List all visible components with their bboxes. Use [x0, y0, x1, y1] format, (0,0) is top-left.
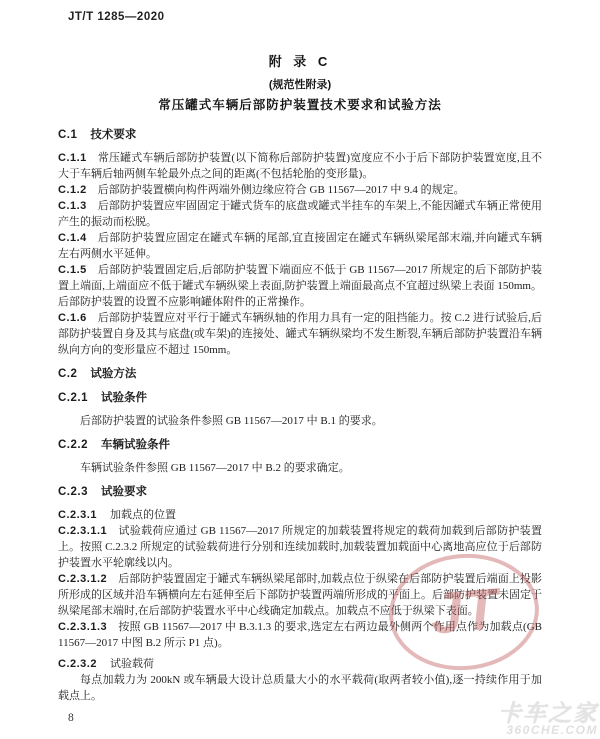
clause-number: C.1.2 — [58, 184, 98, 196]
paragraph: C.2.3.1.1试验载荷应通过 GB 11567—2017 所规定的加载装置将… — [58, 523, 542, 571]
paragraph: C.1.2后部防护装置横向构件两端外侧边缘应符合 GB 11567—2017 中… — [58, 182, 542, 198]
appendix-heading: 附 录 C — [0, 54, 600, 70]
clause-text: 试验条件 — [101, 392, 147, 404]
paragraph: C.2.3.1.2后部防护装置固定于罐式车辆纵梁尾部时,加载点位于纵梁在后部防护… — [58, 571, 542, 619]
clause-number: C.2.3.1.3 — [58, 621, 118, 633]
section-heading: C.2试验方法 — [58, 366, 542, 382]
clause-number: C.2.2 — [58, 439, 101, 451]
appendix-subtitle: (规范性附录) — [0, 77, 600, 93]
clause-text: 加载点的位置 — [110, 509, 176, 521]
paragraph: C.1.4后部防护装置应固定在罐式车辆的尾部,宜直接固定在罐式车辆纵梁尾部末端,… — [58, 230, 542, 262]
clause-text: 试验载荷应通过 GB 11567—2017 所规定的加载装置将规定的载荷加载到后… — [58, 525, 542, 569]
paragraph: C.1.1常压罐式车辆后部防护装置(以下简称后部防护装置)宽度应不小于后下部防护… — [58, 150, 542, 182]
page-number: 8 — [68, 710, 74, 726]
clause-number: C.1.1 — [58, 152, 98, 164]
clause-text: 车辆试验条件 — [101, 439, 170, 451]
document-page: JT/T 1285—2020 附 录 C (规范性附录) 常压罐式车辆后部防护装… — [0, 0, 600, 739]
clause-number: C.1 — [58, 129, 90, 141]
clause-number: C.2.3 — [58, 486, 101, 498]
paragraph: C.1.5后部防护装置固定后,后部防护装置下端面应不低于 GB 11567—20… — [58, 262, 542, 310]
appendix-main-title: 常压罐式车辆后部防护装置技术要求和试验方法 — [0, 97, 600, 113]
clause-number: C.1.3 — [58, 200, 98, 212]
clause-text: 后部防护装置的试验条件参照 GB 11567—2017 中 B.1 的要求。 — [80, 415, 383, 427]
site-watermark-url: 360CHE.COM — [498, 724, 598, 736]
clause-text: 按照 GB 11567—2017 中 B.3.1.3 的要求,选定左右两边最外侧… — [58, 621, 542, 649]
standard-number-header: JT/T 1285—2020 — [68, 9, 165, 25]
section-heading: C.2.1试验条件 — [58, 390, 542, 406]
paragraph: 车辆试验条件参照 GB 11567—2017 中 B.2 的要求确定。 — [58, 460, 542, 476]
clause-number: C.2.1 — [58, 392, 101, 404]
paragraph: C.1.3后部防护装置应牢固固定于罐式货车的底盘或罐式半挂车的车架上,不能因罐式… — [58, 198, 542, 230]
section-heading: C.1技术要求 — [58, 127, 542, 143]
clause-text: 后部防护装置应固定在罐式车辆的尾部,宜直接固定在罐式车辆纵梁尾部末端,并向罐式车… — [58, 232, 542, 260]
clause-text: 试验要求 — [101, 486, 147, 498]
paragraph: C.1.6后部防护装置应对平行于罐式车辆纵轴的作用力具有一定的阻挡能力。按 C.… — [58, 310, 542, 358]
paragraph: C.2.3.1.3按照 GB 11567—2017 中 B.3.1.3 的要求,… — [58, 619, 542, 651]
clause-number: C.2.3.1.2 — [58, 573, 118, 585]
paragraph: 每点加载力为 200kN 或车辆最大设计总质量大小的水平载荷(取两者较小值),逐… — [58, 672, 542, 704]
site-watermark: 卡车之家 360CHE.COM — [498, 702, 598, 736]
clause-text: 车辆试验条件参照 GB 11567—2017 中 B.2 的要求确定。 — [80, 462, 350, 474]
section-heading: C.2.2车辆试验条件 — [58, 437, 542, 453]
clause-number: C.2.3.2 — [58, 658, 110, 670]
section-heading: C.2.3.2试验载荷 — [58, 656, 542, 672]
clause-number: C.1.4 — [58, 232, 98, 244]
clause-text: 后部防护装置固定于罐式车辆纵梁尾部时,加载点位于纵梁在后部防护装置后端面上投影所… — [58, 573, 542, 617]
clause-number: C.2.3.1.1 — [58, 525, 118, 537]
clause-text: 试验载荷 — [110, 658, 154, 670]
clause-text: 后部防护装置横向构件两端外侧边缘应符合 GB 11567—2017 中 9.4 … — [98, 184, 465, 196]
clause-number: C.2 — [58, 368, 90, 380]
clause-text: 后部防护装置应对平行于罐式车辆纵轴的作用力具有一定的阻挡能力。按 C.2 进行试… — [58, 312, 542, 356]
clause-text: 后部防护装置应牢固固定于罐式货车的底盘或罐式半挂车的车架上,不能因罐式车辆正常使… — [58, 200, 542, 228]
clause-text: 每点加载力为 200kN 或车辆最大设计总质量大小的水平载荷(取两者较小值),逐… — [58, 674, 542, 702]
section-heading: C.2.3.1加载点的位置 — [58, 507, 542, 523]
document-body: C.1技术要求C.1.1常压罐式车辆后部防护装置(以下简称后部防护装置)宽度应不… — [58, 119, 542, 704]
clause-text: 后部防护装置固定后,后部防护装置下端面应不低于 GB 11567—2017 所规… — [58, 264, 542, 308]
section-heading: C.2.3试验要求 — [58, 484, 542, 500]
clause-number: C.1.6 — [58, 312, 98, 324]
clause-text: 常压罐式车辆后部防护装置(以下简称后部防护装置)宽度应不小于后下部防护装置宽度,… — [58, 152, 542, 180]
clause-text: 试验方法 — [90, 368, 136, 380]
appendix-title-block: 附 录 C (规范性附录) 常压罐式车辆后部防护装置技术要求和试验方法 — [0, 54, 600, 113]
clause-number: C.1.5 — [58, 264, 98, 276]
clause-text: 技术要求 — [90, 129, 136, 141]
paragraph: 后部防护装置的试验条件参照 GB 11567—2017 中 B.1 的要求。 — [58, 413, 542, 429]
site-watermark-name: 卡车之家 — [498, 702, 598, 724]
clause-number: C.2.3.1 — [58, 509, 110, 521]
